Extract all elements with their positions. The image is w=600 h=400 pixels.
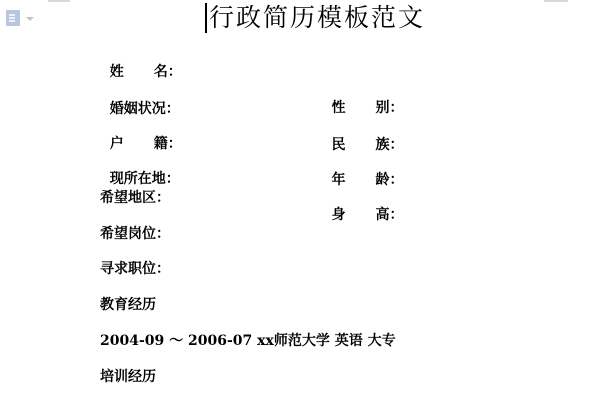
label-colon: ： [168, 136, 182, 152]
label-char: 性 [332, 99, 346, 117]
label-char: 别 [376, 100, 390, 116]
document-paste-icon [6, 10, 20, 26]
title-line[interactable]: 行政简历模板范文 [205, 2, 425, 34]
label-char: 龄 [376, 172, 390, 188]
field-label-height: 身 高： [312, 188, 387, 242]
field-label-desired-region: 希望地区： [100, 189, 170, 207]
label-char: 姓 [110, 63, 124, 81]
field-label-hukou: 户 籍： [110, 135, 182, 153]
page-corner-mark-right [544, 0, 568, 2]
label-colon: ： [390, 137, 404, 153]
field-label-current-location: 现所在地： [110, 170, 185, 188]
education-entry: 2004-09 ～ 2006-07 xx师范大学 英语 大专 [100, 332, 396, 350]
label-colon: ： [390, 207, 404, 223]
page-corner-mark-left [48, 0, 70, 2]
label-char: 籍 [154, 136, 168, 152]
label-char: 名 [154, 64, 168, 80]
label-char: 民 [332, 136, 346, 154]
section-heading-education: 教育经历 [100, 296, 156, 314]
label-char: 年 [332, 171, 346, 189]
section-heading-training: 培训经历 [100, 368, 156, 386]
field-label-marital-status: 婚姻状况： [110, 100, 185, 118]
label-char: 族 [376, 137, 390, 153]
paste-options-button[interactable] [6, 10, 34, 26]
chevron-down-icon [26, 17, 34, 21]
document-title: 行政简历模板范文 [209, 2, 425, 34]
text-cursor [205, 3, 207, 33]
label-colon: ： [390, 172, 404, 188]
field-label-seeking-position: 寻求职位： [100, 260, 170, 278]
label-colon: ： [390, 100, 404, 116]
label-char: 身 [332, 206, 346, 224]
field-label-name: 姓 名： [110, 63, 182, 81]
label-char: 户 [110, 135, 124, 153]
label-char: 高 [376, 207, 390, 223]
label-colon: ： [168, 64, 182, 80]
field-label-desired-post: 希望岗位： [100, 225, 170, 243]
